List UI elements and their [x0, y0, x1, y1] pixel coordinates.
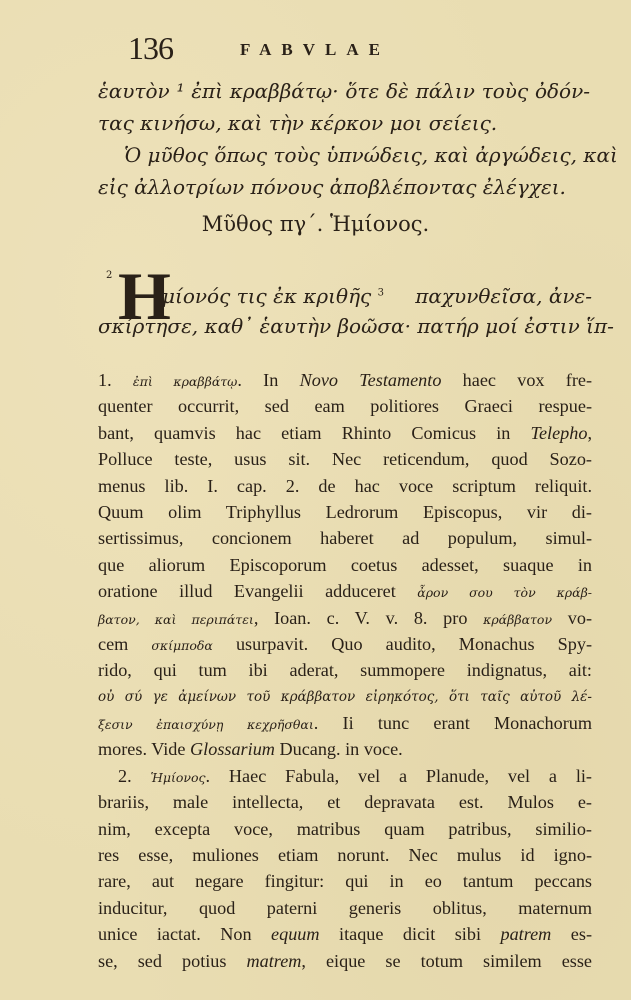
note-line: Polluce teste, usus sit. Nec reticendum,…	[98, 446, 592, 472]
moral-line-1: Ὁ μῦθος ὅπως τοὺς ὑπνώδεις, καὶ ἀργώδεις…	[124, 143, 590, 167]
note-line: quenter occurrit, sed eam politiores Gra…	[98, 393, 592, 419]
note-line: inducitur, quod paterni generis oblitus,…	[98, 895, 592, 921]
footnote-marker-2: 2	[106, 270, 112, 281]
note-1-line: 1. ἐπὶ κραββάτῳ. In Novo Testamento haec…	[98, 367, 592, 393]
note-line: ξεσιν ἐπαισχύνῃ κεχρῆσθαι. Ii tunc erant…	[98, 710, 592, 736]
note-line: Quum olim Triphyllus Ledrorum Episcopus,…	[98, 499, 592, 525]
note-line: res esse, muliones etiam norunt. Nec mul…	[98, 842, 592, 868]
greek-line-2: τας κινήσω, καὶ τὴν κέρκον μοι σείεις.	[98, 111, 497, 135]
note-2-line: 2. Ἡμίονος. Haec Fabula, vel a Planude, …	[98, 763, 592, 789]
greek-line-1: ἑαυτὸν ¹ ἐπὶ κραββάτῳ· ὅτε δὲ πάλιν τοὺς…	[98, 79, 590, 103]
note-line: unice iactat. Non equum itaque dicit sib…	[98, 921, 592, 947]
running-head: FABVLAE	[240, 40, 390, 60]
fable-title: Μῦθος πγ΄. Ἡμίονος.	[0, 212, 631, 236]
note-line: que aliorum Episcoporum coetus adesset, …	[98, 552, 592, 578]
note-line: bant, quamvis hac etiam Rhinto Comicus i…	[98, 420, 592, 446]
fable-line-1: μίονός τις ἐκ κριθῆς 3 παχυνθεῖσα, ἀνε-	[162, 284, 592, 308]
fable-line-1-start: μίονός τις ἐκ κριθῆς 3	[162, 284, 384, 308]
note-line: βατον, καὶ περιπάτει, Ioan. c. V. v. 8. …	[98, 605, 592, 631]
page-number: 136	[128, 30, 173, 67]
note-line: rare, aut negare fingitur: qui in eo tan…	[98, 868, 592, 894]
fable-number: Μῦθος πγ΄.	[202, 212, 324, 236]
note-line: mores. Vide Glossarium Ducang. in voce.	[98, 736, 592, 762]
footnotes: 1. ἐπὶ κραββάτῳ. In Novo Testamento haec…	[98, 367, 592, 974]
note-line: nim, excepta voce, matribus quam patribu…	[98, 816, 592, 842]
note-line: sertissimus, concionem haberet ad populu…	[98, 525, 592, 551]
book-page: 136 FABVLAE ἑαυτὸν ¹ ἐπὶ κραββάτῳ· ὅτε δ…	[0, 0, 631, 1000]
note-line-greek: οὐ σύ γε ἀμείνων τοῦ κράββατον εἰρηκότος…	[98, 684, 592, 710]
fable-line-2: σκίρτησε, καθ᾽ ἑαυτὴν βοῶσα· πατήρ μοί ἐ…	[98, 314, 590, 338]
page-header: 136 FABVLAE	[128, 30, 598, 70]
note-line: rido, qui tum ibi aderat, summopere indi…	[98, 657, 592, 683]
note-line: menus lib. I. cap. 2. de hac voce script…	[98, 473, 592, 499]
moral-line-2: εἰς ἀλλοτρίων πόνους ἀποβλέποντας ἐλέγχε…	[98, 175, 566, 199]
fable-name: Ἡμίονος.	[330, 212, 429, 236]
note-line: brariis, male intellecta, et depravata e…	[98, 789, 592, 815]
note-line: cem σκίμποδα usurpavit. Quo audito, Mona…	[98, 631, 592, 657]
fable-line-1-end: παχυνθεῖσα, ἀνε-	[415, 284, 592, 308]
note-line: oratione illud Evangelii adduceret ἆρον …	[98, 578, 592, 604]
note-line: se, sed potius matrem, eique se totum si…	[98, 948, 592, 974]
